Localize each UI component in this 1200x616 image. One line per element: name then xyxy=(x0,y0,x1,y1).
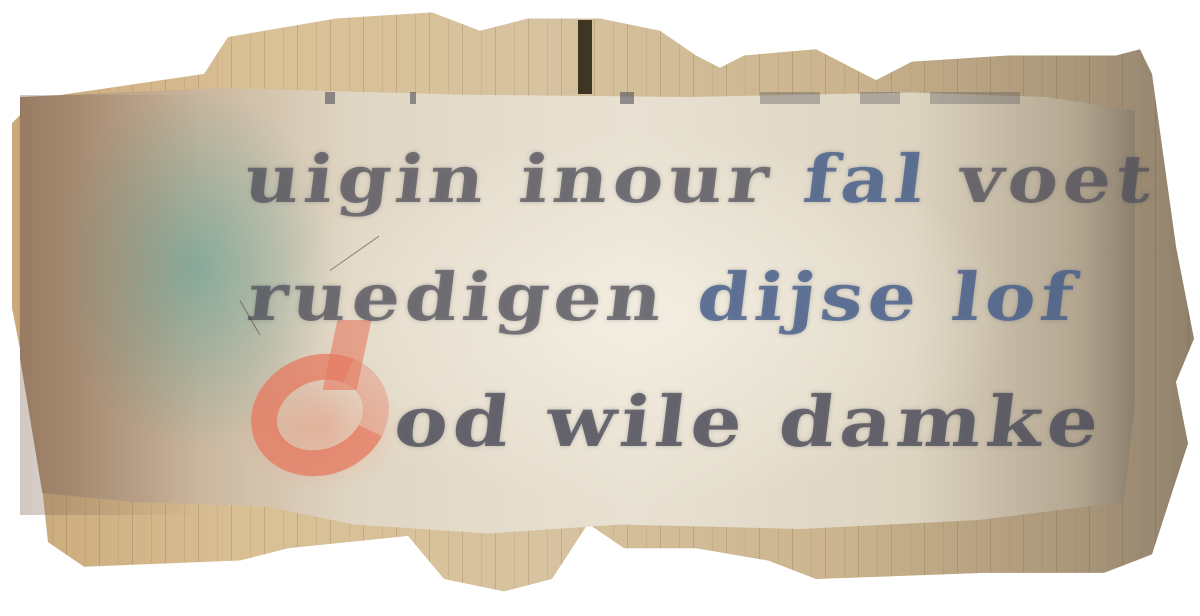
dark-wood-slat xyxy=(578,20,592,94)
manuscript-line-3: od wile damke xyxy=(390,380,1108,463)
manuscript-line-2: ruedigen dijse lof xyxy=(243,258,1083,336)
line-3-text: od wile xyxy=(390,380,752,463)
line-1-tail: voet xyxy=(955,140,1161,218)
line-2-accent: dijse lof xyxy=(693,258,1083,336)
line-1-accent: fal xyxy=(799,140,933,218)
line-2-text: ruedigen xyxy=(243,258,671,336)
left-edge-stain xyxy=(20,95,200,515)
line-1-text: uigin inour xyxy=(240,140,777,218)
manuscript-line-1: uigin inour fal voet xyxy=(240,140,1160,218)
manuscript-photo: uigin inour fal voet ruedigen dijse lof … xyxy=(0,0,1200,616)
line-3-tail: damke xyxy=(774,380,1108,463)
